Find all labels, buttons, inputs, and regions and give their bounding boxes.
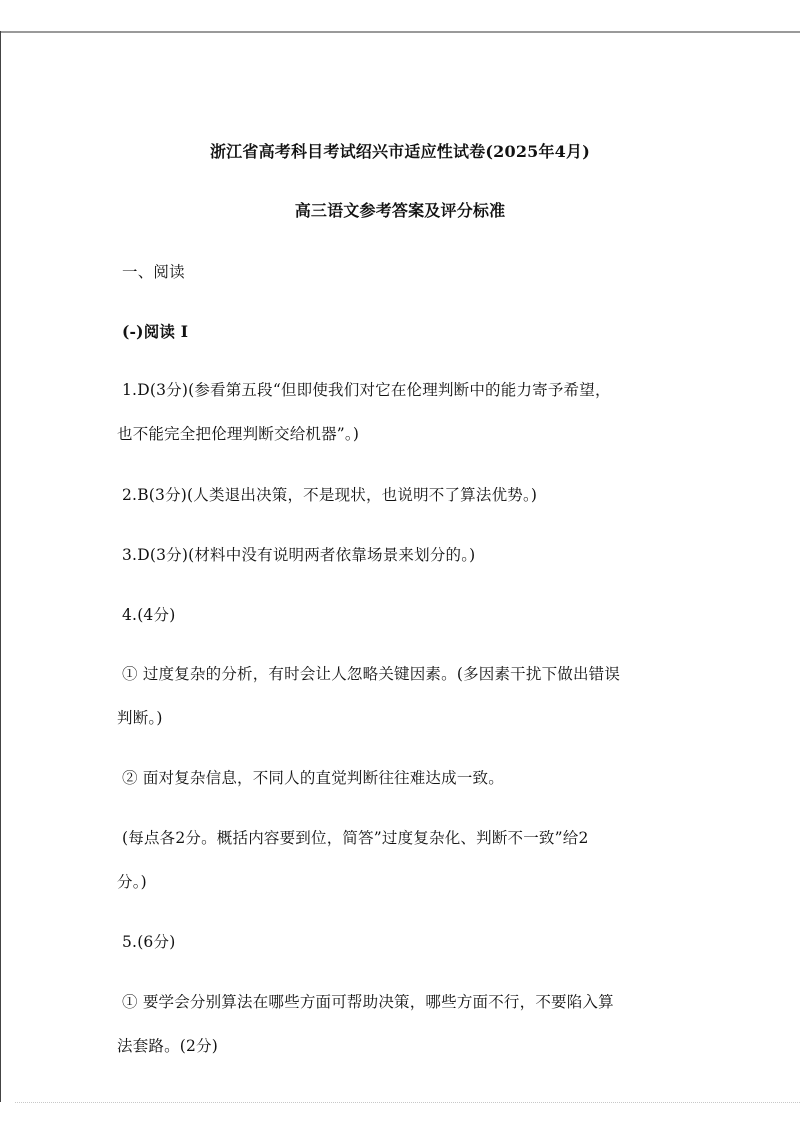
answer-1-line-2: 也不能完全把伦理判断交给机器”。) — [117, 424, 359, 444]
answer-4-point-2: ② 面对复杂信息，不同人的直觉判断往往难达成一致。 — [122, 768, 504, 788]
section-heading-reading: 一、阅读 — [122, 262, 185, 282]
answer-4-note-line-1: (每点各2分。概括内容要到位，简答”过度复杂化、判断不一致”给2 — [122, 828, 589, 848]
page-top-border — [0, 31, 800, 33]
answer-4-point-1-line-1: ① 过度复杂的分析，有时会让人忽略关键因素。(多因素干扰下做出错误 — [122, 664, 620, 684]
answer-4-header: 4.(4分) — [122, 605, 175, 625]
answer-3: 3.D(3分)(材料中没有说明两者依靠场景来划分的。) — [122, 545, 475, 565]
answer-4-note-line-2: 分。) — [117, 872, 147, 892]
answer-5-header: 5.(6分) — [122, 932, 175, 952]
page-frame — [0, 31, 800, 1102]
answer-4-point-1-line-2: 判断。) — [117, 708, 163, 728]
document-subtitle: 高三语文参考答案及评分标准 — [0, 201, 800, 221]
answer-5-point-1-line-1: ① 要学会分别算法在哪些方面可帮助决策，哪些方面不行，不要陷入算 — [122, 992, 614, 1012]
answer-1-line-1: 1.D(3分)(参看第五段“但即使我们对它在伦理判断中的能力寄予希望， — [122, 380, 611, 400]
page-left-border — [0, 31, 1, 1102]
answer-5-point-1-line-2: 法套路。(2分) — [117, 1036, 218, 1056]
document-title: 浙江省高考科目考试绍兴市适应性试卷(2025年4月) — [0, 142, 800, 162]
subsection-heading-reading-1: (-)阅读 I — [122, 322, 188, 342]
page-bottom-border — [15, 1102, 800, 1103]
answer-2: 2.B(3分)(人类退出决策，不是现状，也说明不了算法优势。) — [122, 485, 537, 505]
